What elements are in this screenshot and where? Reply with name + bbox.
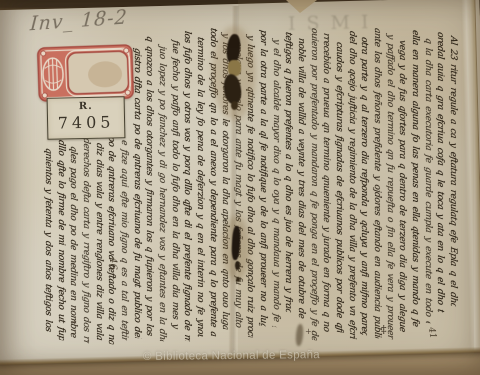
script-line: q qnozco a los dhos otorgantes y firmaro… (143, 27, 156, 341)
bne-red-stamp (36, 43, 135, 102)
script-line: los fufo dhos y otros vos y porq dllo qf… (181, 27, 194, 342)
folio-number-right: 41 (426, 326, 438, 339)
digitized-manuscript-photo: ISMI Al 23 ritur regule a ca y eftatura … (0, 0, 480, 375)
top-edge-notch (286, 0, 317, 13)
copyright-watermark: © Biblioteca Nacional de España (143, 349, 320, 363)
script-line: vega y de fus qfortes para q dentro de t… (396, 27, 409, 336)
ink-blot-top-tail (231, 101, 238, 110)
script-line: ella en manera alguna fo las penas en el… (408, 27, 421, 331)
script-line: fue fecho y paffo anfi todo lo fufo dho … (168, 27, 181, 333)
margin-dagger-mark: ‡ (381, 323, 387, 336)
script-line: del dho qcejo jufticia y regimiento de l… (345, 27, 358, 340)
shelfmark-number: 7405 (48, 112, 124, 133)
script-line: rrecebido a prueua qn termino qnueniente… (320, 27, 333, 334)
folio-number-left: 46 (107, 257, 118, 270)
ink-dot (236, 277, 240, 282)
ink-blot-middle-tail (235, 261, 240, 270)
script-line: y el dho alcalde mayor dixo q lo oya y q… (269, 27, 282, 328)
script-line: noble villa de vallid a veynte y tres di… (294, 27, 307, 324)
script-line: termino de la ley fo pena de deferzion y… (193, 27, 206, 338)
margin-plus-mark: + (305, 327, 312, 336)
script-line: otra parte y q al terzero dia refponda y… (358, 27, 371, 336)
script-line: y paffado el dho termino qn fu repuefta … (383, 27, 396, 340)
script-line: ante los dhos feñores prefidente y ojdor… (370, 27, 383, 339)
script-line: oredal auia q gra efcriua cofa q le toca… (434, 27, 447, 313)
script-line: ouieron por prefentado y mandaron q fe p… (307, 27, 320, 341)
script-line: Al 23 ritur regule a ca y eftatura regul… (446, 27, 459, 307)
script-line: caudos y efcripturas fignadas de efcriua… (332, 27, 345, 333)
script-line: q la dha carta executoria fe guarde cump… (421, 27, 434, 324)
shelfmark-label: R. 7405 (47, 96, 126, 140)
shelfmark-prefix: R. (48, 100, 124, 113)
stamp-ornament-graphic (36, 43, 135, 102)
script-line: juo lopez y po fanchez y di go hernandez… (155, 27, 168, 342)
script-line: por la otra parte a la ql fe notifique y… (257, 27, 270, 327)
margin-asterisk-mark: * (72, 320, 77, 330)
script-line: teftigos q fueron prefentes a lo q dho e… (282, 27, 295, 313)
